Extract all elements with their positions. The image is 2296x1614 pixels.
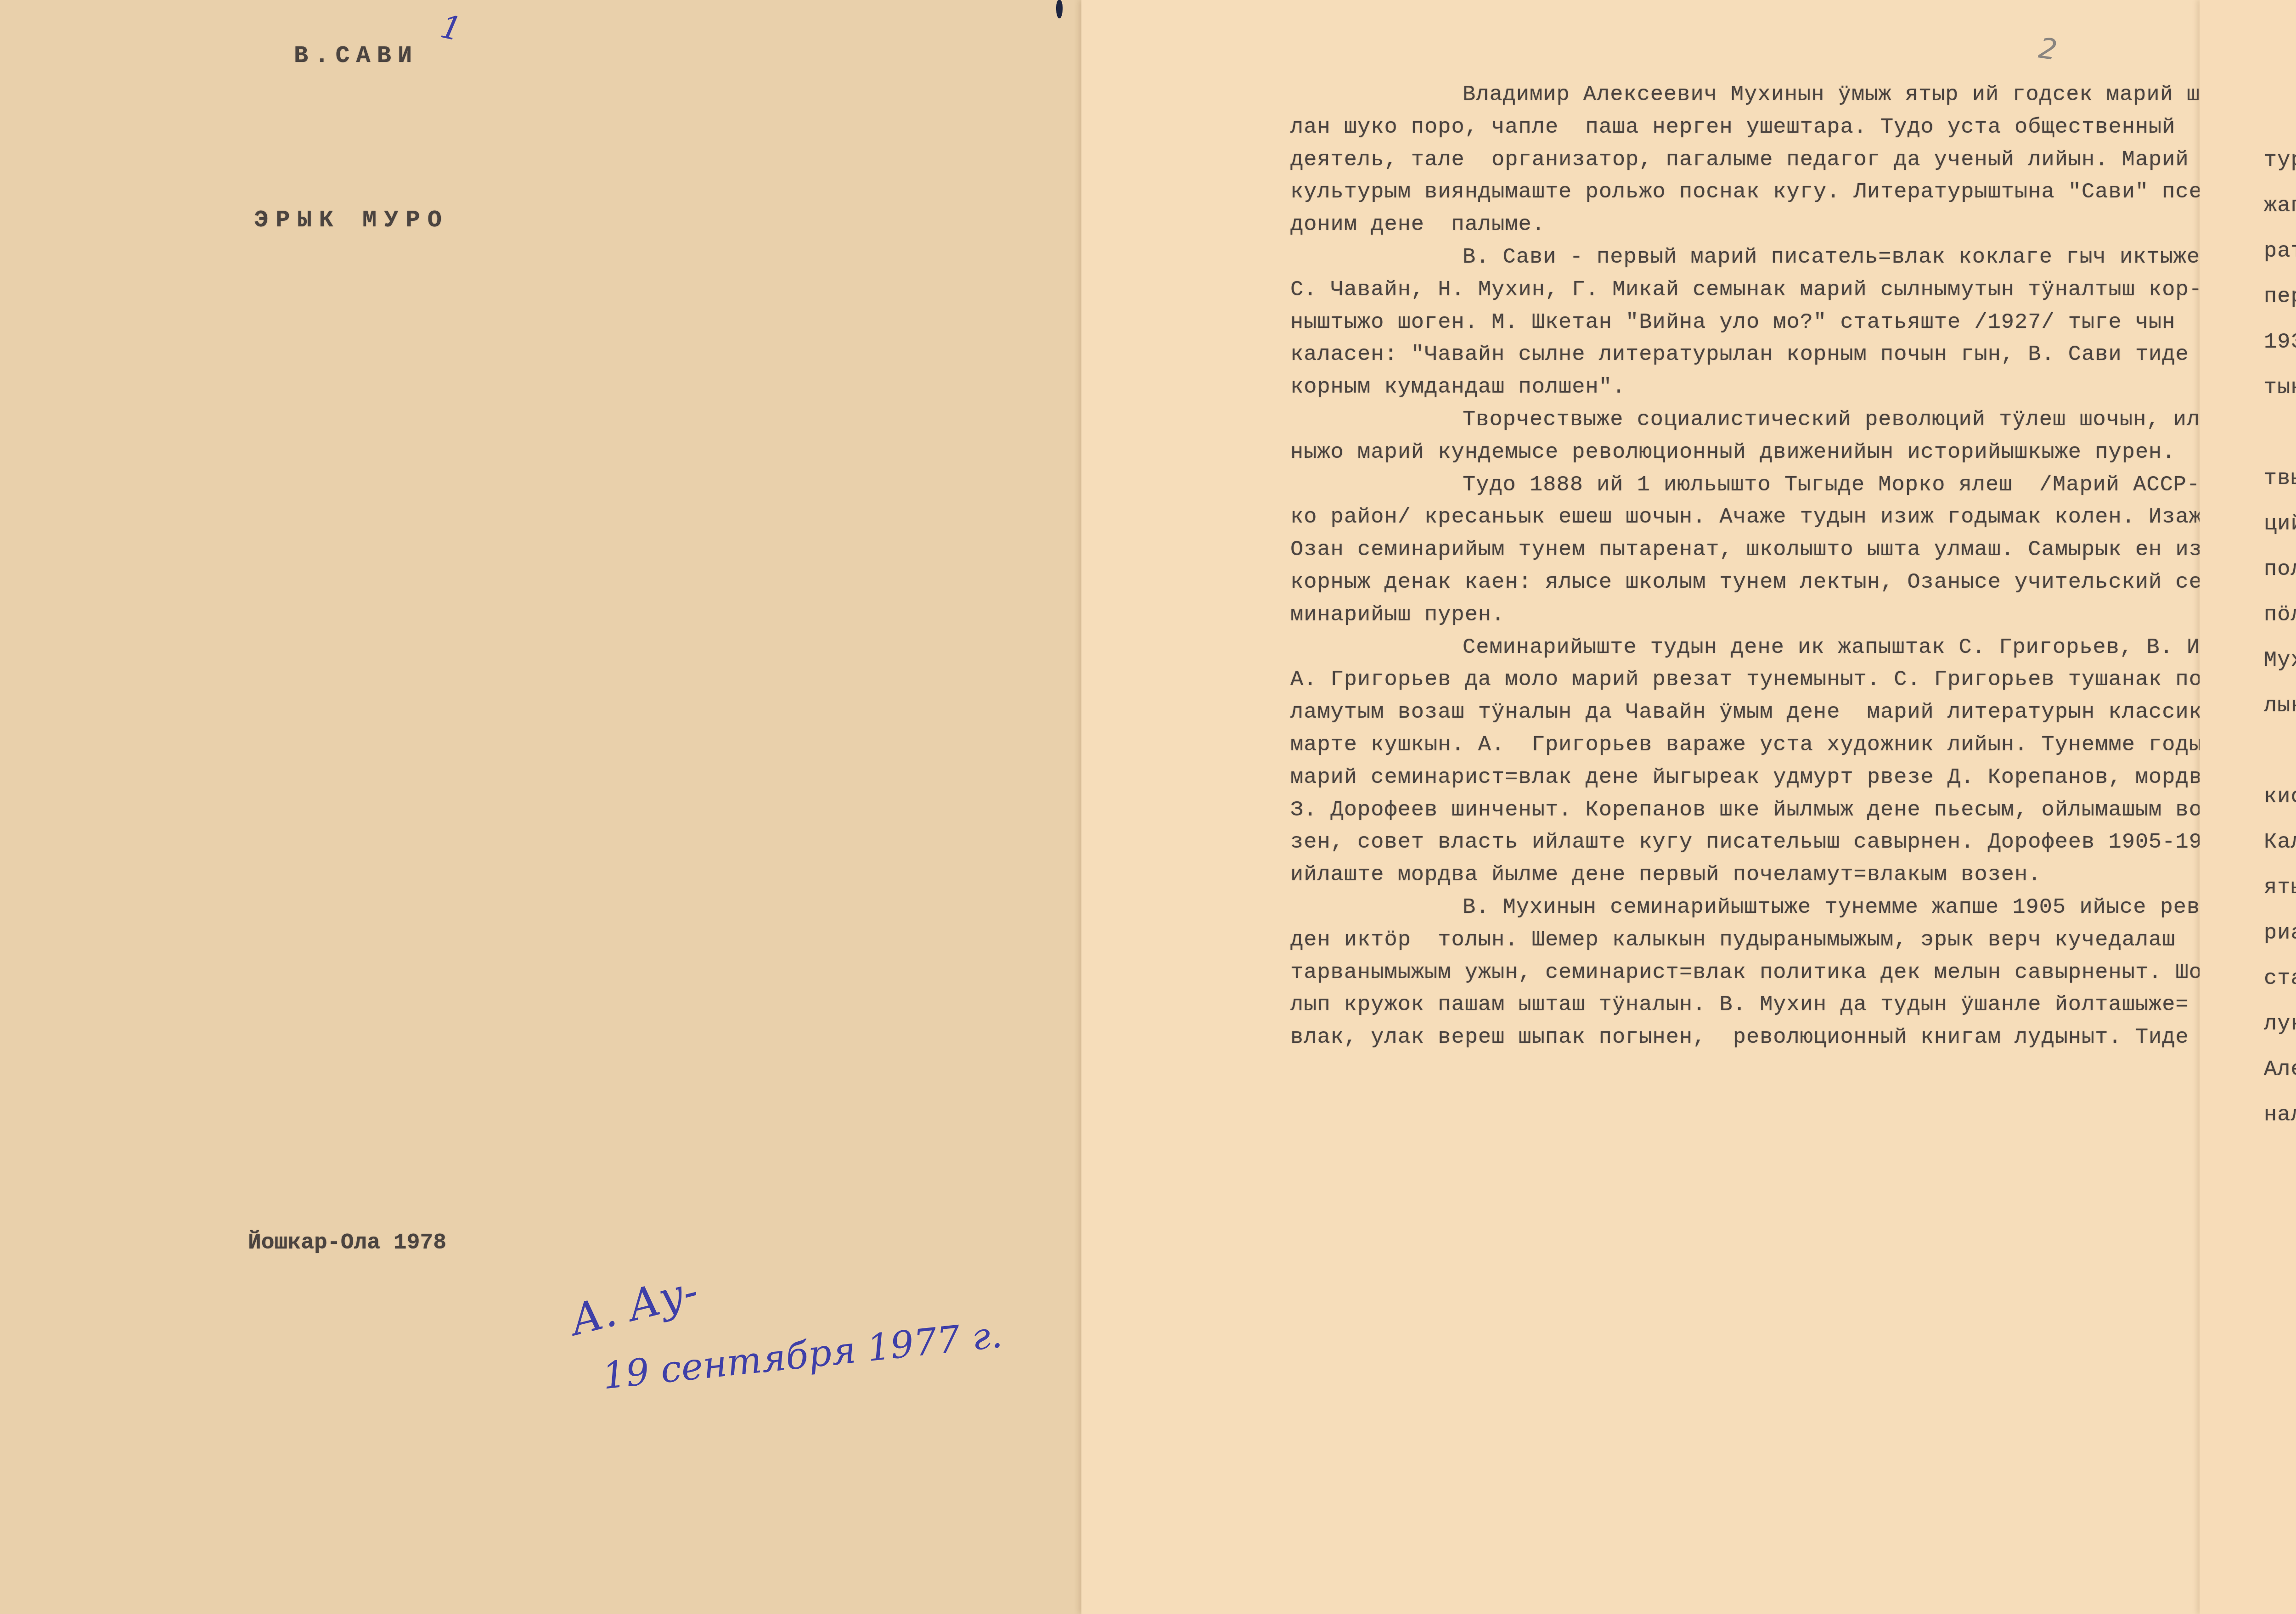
text-line: цийым, шочмо калыкым уло шӱм дене йӧраты… bbox=[2264, 501, 2296, 547]
book-title: ЭРЫК МУРО bbox=[254, 207, 449, 234]
text-line: В. Сави - первый марий писатель=влак кок… bbox=[1290, 242, 2163, 274]
text-line: Творчествыже социалистический революций … bbox=[1290, 404, 2163, 437]
binding-hole-mark bbox=[1056, 0, 1063, 18]
text-line: Тудо 1888 ий 1 июльышто Тыгыде Морко яле… bbox=[1290, 469, 2163, 502]
text-line: корным кумдандаш полшен". bbox=[1290, 371, 2163, 404]
text-line: Мухинын мер да культура пашаже, наукым ш… bbox=[2264, 638, 2296, 683]
text-line: влак, улак вереш шыпак погынен, революци… bbox=[1290, 1022, 2163, 1054]
text-line: каласен: "Чавайн сылне литературылан кор… bbox=[1290, 339, 2163, 371]
document-spread: 1 В.САВИ ЭРЫК МУРО Йошкар-Ола 1978 А. Ау… bbox=[0, 0, 2296, 1614]
text-line: риалже логалын огытыл. Публицистика ужаш… bbox=[2264, 911, 2296, 956]
text-line: культурым вияндымаште рольжо поснак кугу… bbox=[1290, 176, 2163, 209]
text-line: полшен. Калыклан тудо яндар, волгыдо кум… bbox=[2264, 547, 2296, 592]
text-line: ныжо марий кундемысе революционный движе… bbox=[1290, 437, 2163, 469]
text-page-3: 19 18. тура" статьяштыже каласен: "Марий… bbox=[2200, 0, 2296, 1614]
text-line: Тиде сборникыш тудын поэзийже, прозыжо, … bbox=[2264, 729, 2296, 774]
text-line: минарийыш пурен. bbox=[1290, 599, 2163, 632]
text-line: тура" статьяштыже каласен: "Марий литера… bbox=[2264, 138, 2296, 183]
text-line: первый тунемаш тӱналше еннан шотлыман". … bbox=[2264, 274, 2296, 320]
place-year: Йошкар-Ола 1978 bbox=[248, 1231, 446, 1255]
text-line: Озан семинарийым тунем пытаренат, школыш… bbox=[1290, 534, 2163, 567]
page-2-body: Владимир Алексеевич Мухинын ӱмыж ятыр ий… bbox=[1290, 79, 2163, 1054]
text-line: твыштыже икмыняр йоныльшым ышталын, чын … bbox=[2264, 456, 2296, 501]
text-line: тына наука пашам нӧлталаш шуко вийым пыш… bbox=[2264, 365, 2296, 411]
text-line: лып кружок пашам ышташ тӱналын. В. Мухин… bbox=[1290, 989, 2163, 1022]
text-line: корныж денак каен: ялысе школым тунем ле… bbox=[1290, 567, 2163, 599]
text-line: налаш полша манын ӱшанена. bbox=[2264, 1092, 2296, 1138]
text-line: С. Чавайн, Н. Мухин, Г. Микай семынак ма… bbox=[1290, 274, 2163, 307]
text-line: В. Мухинын семинарийыштыже тунемме жапше… bbox=[1290, 892, 2163, 924]
text-line: луктащ сай ыле... Тиде сборник марий кал… bbox=[2264, 1001, 2296, 1047]
text-line: кистикыже да литературоведческий пашаж г… bbox=[2264, 774, 2296, 820]
text-line: ламутым возаш тӱналын да Чавайн ӱмым ден… bbox=[1290, 697, 2163, 729]
text-line: пӧлеклен коден. "Чапле паша кок ӱмырым и… bbox=[2264, 592, 2296, 638]
handwritten-signature: А. Ау- bbox=[565, 1266, 703, 1345]
text-line: А. Григорьев да моло марий рвезат тунемы… bbox=[1290, 664, 2163, 697]
author-name: В.САВИ bbox=[294, 42, 418, 69]
title-page: 1 В.САВИ ЭРЫК МУРО Йошкар-Ола 1978 А. Ау… bbox=[0, 0, 1081, 1614]
text-line: лык шӱмыштӧ кокымшо ӱмырым илат. bbox=[2264, 683, 2296, 729]
text-line: деятель, тале организатор, пагалыме педа… bbox=[1290, 144, 2163, 177]
text-line: 1934 ийыште возен: "В.А. Мухинын сай паш… bbox=[2264, 320, 2296, 365]
text-line: ратурым икмочоло лончылыш, садлан В.А. М… bbox=[2264, 229, 2296, 274]
text-line: ийлаште мордва йылме дене первый почелам… bbox=[1290, 859, 2163, 892]
text-line: З. Дорофеев шинченыт. Корепанов шке йылм… bbox=[1290, 794, 2163, 827]
text-line: ныштыжо шоген. М. Шкетан "Вийна уло мо?"… bbox=[1290, 307, 2163, 339]
text-line: ден иктӧр толын. Шемер калыкын пудыраным… bbox=[1290, 924, 2163, 957]
text-line: зен, совет власть ийлаште кугу писательы… bbox=[1290, 827, 2163, 859]
text-line: Семинарийыште тудын дене ик жапыштак С. … bbox=[1290, 632, 2163, 664]
text-line: марий семинарист=влак дене йыгыреак удму… bbox=[1290, 762, 2163, 794]
pencil-page-number: 2 bbox=[2037, 31, 2059, 67]
text-line: тарванымыжым ужын, семинарист=влак полит… bbox=[1290, 957, 2163, 990]
text-line: статьям кӱчыкемден пумо. Йоча=влаклан пр… bbox=[2264, 956, 2296, 1001]
text-line: марте кушкын. А. Григорьев вараже уста х… bbox=[1290, 729, 2163, 762]
text-line: жап В.А. Мухин пижын ыле. Пашаштыже экшы… bbox=[2264, 183, 2296, 229]
text-line: Историеш кодшо документлаште В.А. Мухины… bbox=[2264, 411, 2296, 456]
handwritten-date: 19 сентября 1977 г. bbox=[601, 1313, 1004, 1398]
text-line: Владимир Алексеевич Мухинын ӱмыж ятыр ий… bbox=[1290, 79, 2163, 112]
text-line: ятыр шымлымыже, озанлык шотышто статьяже… bbox=[2264, 865, 2296, 911]
text-line: лан шуко поро, чапле паша нерген ушештар… bbox=[1290, 112, 2163, 144]
text-line: Каласаш кӱлеш: тыште драматический произ… bbox=[2264, 820, 2296, 865]
text-line: доним дене палыме. bbox=[1290, 209, 2163, 242]
text-line: Алексеевич Мухин=Савин илышыжым да творч… bbox=[2264, 1047, 2296, 1092]
handwritten-page-number: 1 bbox=[437, 7, 465, 48]
page-3-body: тура" статьяштыже каласен: "Марий литера… bbox=[2264, 138, 2296, 1138]
text-line: ко район/ кресаньык ешеш шочын. Ачаже ту… bbox=[1290, 501, 2163, 534]
text-page-2: 2 Владимир Алексеевич Мухинын ӱмыж ятыр … bbox=[1081, 0, 2200, 1614]
